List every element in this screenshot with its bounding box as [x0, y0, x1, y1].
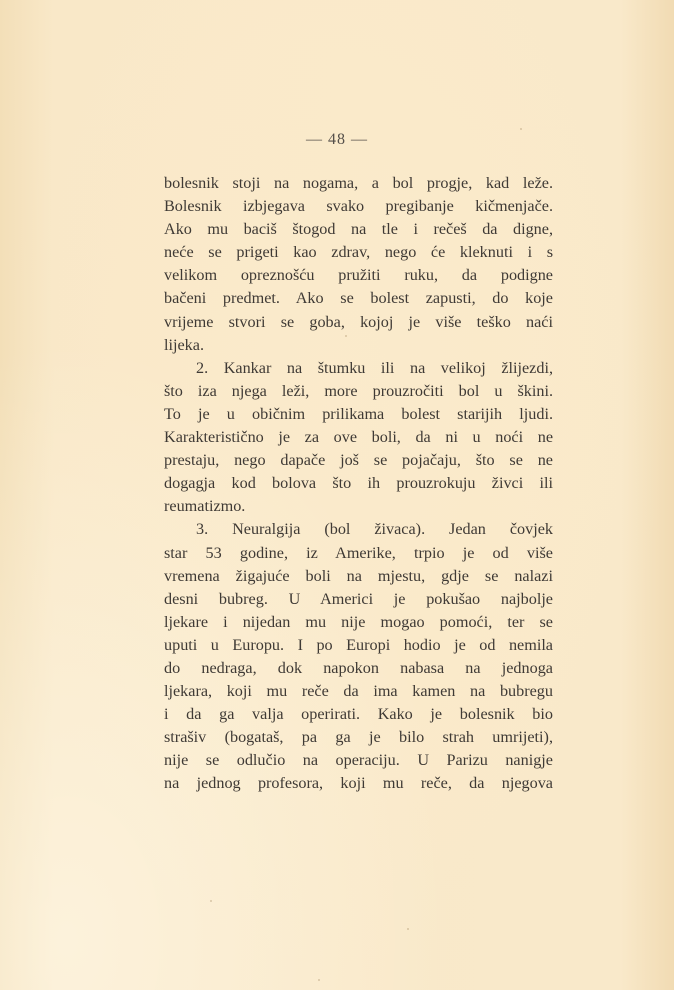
text-line: nije se odlučio na operaciju. U Parizu n…	[164, 749, 553, 772]
text-line: 2. Kankar na štumku ili na velikoj žlije…	[164, 357, 553, 380]
paper-speck	[345, 335, 347, 337]
text-line: strašiv (bogataš, pa ga je bilo strah um…	[164, 726, 553, 749]
text-line: prestaju, nego dapače još se pojačaju, š…	[164, 449, 553, 472]
text-line: velikom opreznošću pružiti ruku, da podi…	[164, 264, 553, 287]
paper-speck	[407, 928, 409, 930]
text-line: ljekara, koji mu reče da ima kamen na bu…	[164, 680, 553, 703]
text-line: Bolesnik izbjegava svako pregibanje kičm…	[164, 195, 553, 218]
text-line: uputi u Europu. I po Europi hodio je od …	[164, 634, 553, 657]
text-line: na jednog profesora, koji mu reče, da nj…	[164, 772, 553, 795]
text-line: bačeni predmet. Ako se bolest zapusti, d…	[164, 287, 553, 310]
text-line: i da ga valja operirati. Kako je bolesni…	[164, 703, 553, 726]
text-line: 3. Neuralgija (bol živaca). Jedan čovjek	[164, 518, 553, 541]
text-line: vrijeme stvori se goba, kojoj je više te…	[164, 311, 553, 334]
text-line: Karakteristično je za ove boli, da ni u …	[164, 426, 553, 449]
text-line: vremena žigajuće boli na mjestu, gdje se…	[164, 565, 553, 588]
text-line: do nedraga, dok napokon nabasa na jednog…	[164, 657, 553, 680]
paper-speck	[520, 128, 522, 130]
text-line: desni bubreg. U Americi je pokušao najbo…	[164, 588, 553, 611]
text-line: dogagja kod bolova što ih prouzrokuju ži…	[164, 472, 553, 495]
body-text: bolesnik stoji na nogama, a bol progje, …	[164, 172, 553, 796]
text-line: reumatizmo.	[164, 495, 553, 518]
text-line: To je u običnim prilikama bolest stariji…	[164, 403, 553, 426]
text-line: ljekare i nijedan mu nije mogao pomoći, …	[164, 611, 553, 634]
paper-speck	[210, 900, 212, 902]
page-number: — 48 —	[0, 131, 674, 149]
paper-speck	[318, 979, 320, 981]
text-line: star 53 godine, iz Amerike, trpio je od …	[164, 542, 553, 565]
text-line: neće se prigeti kao zdrav, nego će klekn…	[164, 241, 553, 264]
text-line: lijeka.	[164, 334, 553, 357]
text-line: što iza njega leži, more prouzročiti bol…	[164, 380, 553, 403]
text-line: Ako mu baciš štogod na tle i rečeš da di…	[164, 218, 553, 241]
text-line: bolesnik stoji na nogama, a bol progje, …	[164, 172, 553, 195]
